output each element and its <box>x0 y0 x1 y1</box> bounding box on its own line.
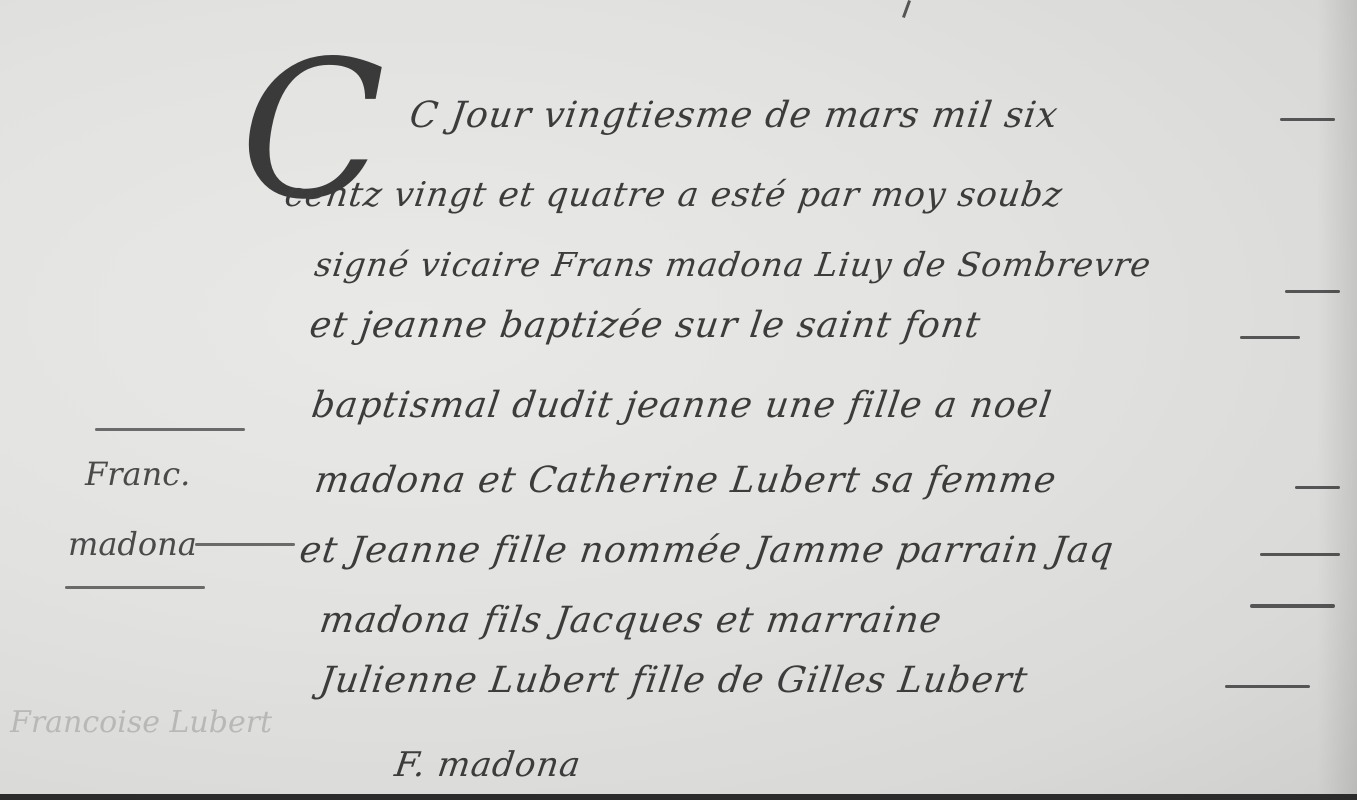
register-line-4: et jeanne baptizée sur le saint font <box>307 305 983 346</box>
margin-note-line2: madona <box>68 525 197 563</box>
line-filler-dash <box>1295 486 1340 489</box>
register-line-9: Julienne Lubert fille de Gilles Lubert <box>317 660 1030 701</box>
line-filler-dash <box>1280 118 1335 121</box>
register-line-8: madona fils Jacques et marraine <box>317 600 945 641</box>
ink-stroke-top <box>902 0 911 18</box>
register-line-6: madona et Catherine Lubert sa femme <box>312 460 1059 501</box>
line-filler-dash <box>1240 336 1300 339</box>
register-line-1: C Jour vingtiesme de mars mil six <box>407 95 1061 136</box>
manuscript-page: C Franc. madona Francoise Lubert C Jour … <box>0 0 1357 794</box>
register-line-5: baptismal dudit jeanne une fille a noel <box>309 385 1054 426</box>
register-signature: F. madona <box>392 745 583 785</box>
line-filler-dash <box>1250 604 1335 608</box>
register-line-3: signé vicaire Frans madona Liuy de Sombr… <box>312 245 1154 284</box>
line-filler-dash <box>1285 290 1340 293</box>
viewer-bottom-edge <box>0 794 1357 800</box>
line-filler-dash <box>1260 553 1340 556</box>
line-filler-dash <box>1225 685 1310 688</box>
margin-rule-top <box>95 428 245 431</box>
margin-rule-mid <box>195 543 295 546</box>
register-line-2: centz vingt et quatre a esté par moy sou… <box>282 175 1065 215</box>
register-line-7: et Jeanne fille nommée Jamme parrain Jaq <box>297 530 1116 571</box>
margin-note-line1: Franc. <box>85 455 190 493</box>
margin-rule-bottom <box>65 586 205 589</box>
bleed-through-text: Francoise Lubert <box>10 705 272 740</box>
